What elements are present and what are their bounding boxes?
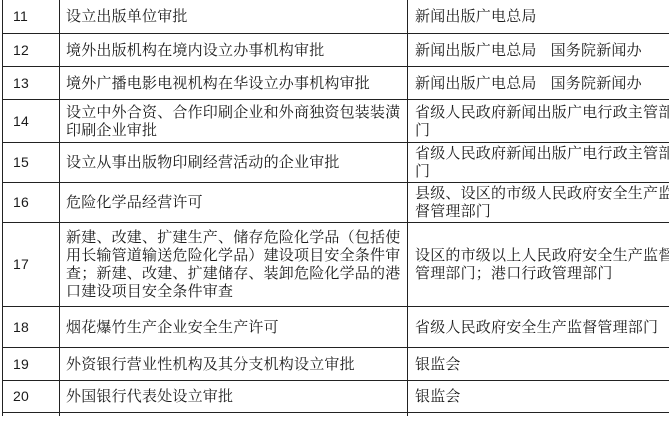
table-row: 14 设立中外合资、合作印刷企业和外商独资包装装潢印刷企业审批 省级人民政府新闻… [3, 99, 669, 142]
table-row: 17 新建、改建、扩建生产、储存危险化学品（包括使用长输管道输送危险化学品）建设… [3, 222, 669, 306]
table-row: 19 外资银行营业性机构及其分支机构设立审批 银监会 [3, 347, 669, 380]
table-row: 16 危险化学品经营许可 县级、设区的市级人民政府安全生产监督管理部门 [3, 182, 669, 222]
approval-item: 新建、改建、扩建生产、储存危险化学品（包括使用长输管道输送危险化学品）建设项目安… [60, 222, 408, 306]
approval-item: 外资银行营业性机构及其分支机构设立审批 [60, 347, 408, 380]
row-number: 13 [3, 66, 60, 99]
authority: 省级人民政府新闻出版广电行政主管部门 [408, 142, 669, 182]
authority-secondary: 国务院新闻办 [551, 41, 642, 59]
approval-item: 烟花爆竹生产企业安全生产许可 [60, 306, 408, 347]
table-row: 11 设立出版单位审批 新闻出版广电总局 [3, 0, 669, 33]
approval-item: 境外出版机构在境内设立办事机构审批 [60, 33, 408, 66]
approval-item: 境外广播电影电视机构在华设立办事机构审批 [60, 66, 408, 99]
authority-secondary: 国务院新闻办 [551, 74, 642, 92]
authority-primary: 新闻出版广电总局 [415, 41, 537, 59]
row-number-empty [3, 412, 60, 416]
authority: 新闻出版广电总局 [408, 0, 669, 33]
approval-items-table: 11 设立出版单位审批 新闻出版广电总局 12 境外出版机构在境内设立办事机构审… [2, 0, 669, 416]
row-number: 14 [3, 99, 60, 142]
approval-item: 设立从事出版物印刷经营活动的企业审批 [60, 142, 408, 182]
authority: 设区的市级以上人民政府安全生产监督管理部门；港口行政管理部门 [408, 222, 669, 306]
table-row: 13 境外广播电影电视机构在华设立办事机构审批 新闻出版广电总局国务院新闻办 [3, 66, 669, 99]
row-number: 15 [3, 142, 60, 182]
table-row: 15 设立从事出版物印刷经营活动的企业审批 省级人民政府新闻出版广电行政主管部门 [3, 142, 669, 182]
authority: 县级、设区的市级人民政府安全生产监督管理部门 [408, 182, 669, 222]
authority: 省级人民政府安全生产监督管理部门 [408, 306, 669, 347]
authority-empty [408, 412, 669, 416]
table-row: 20 外国银行代表处设立审批 银监会 [3, 380, 669, 412]
row-number: 11 [3, 0, 60, 33]
row-number: 16 [3, 182, 60, 222]
table-row-partial [3, 412, 669, 416]
row-number: 17 [3, 222, 60, 306]
table-row: 18 烟花爆竹生产企业安全生产许可 省级人民政府安全生产监督管理部门 [3, 306, 669, 347]
authority: 银监会 [408, 347, 669, 380]
authority: 银监会 [408, 380, 669, 412]
authority: 新闻出版广电总局国务院新闻办 [408, 66, 669, 99]
authority: 省级人民政府新闻出版广电行政主管部门 [408, 99, 669, 142]
approval-item: 危险化学品经营许可 [60, 182, 408, 222]
approval-item: 设立中外合资、合作印刷企业和外商独资包装装潢印刷企业审批 [60, 99, 408, 142]
approval-item-empty [60, 412, 408, 416]
row-number: 12 [3, 33, 60, 66]
row-number: 20 [3, 380, 60, 412]
approval-item: 设立出版单位审批 [60, 0, 408, 33]
approval-item: 外国银行代表处设立审批 [60, 380, 408, 412]
table-row: 12 境外出版机构在境内设立办事机构审批 新闻出版广电总局国务院新闻办 [3, 33, 669, 66]
row-number: 19 [3, 347, 60, 380]
row-number: 18 [3, 306, 60, 347]
authority: 新闻出版广电总局国务院新闻办 [408, 33, 669, 66]
authority-primary: 新闻出版广电总局 [415, 74, 537, 92]
